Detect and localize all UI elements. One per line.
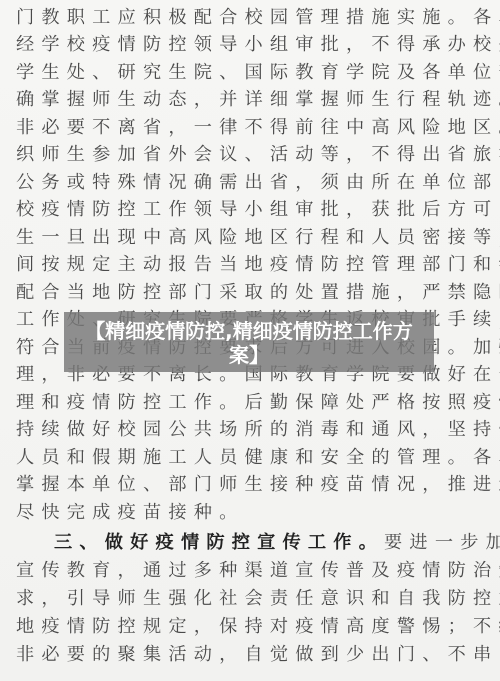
document-line: 地疫情防控规定，保持对疫情高度警惕；不组织、不参与: [16, 614, 486, 640]
document-line: 非必要不离省，一律不得前往中高风险地区。学校暂停组: [16, 115, 486, 141]
section-3-line: 三、做好疫情防控宣传工作。要进一步加强疫情防控: [54, 530, 494, 556]
document-line: 公务或特殊情况确需出省，须由所在单位部门负责人报学: [16, 170, 486, 196]
document-line: 织师生参加省外会议、活动等，不得出省旅游。如个人因: [16, 142, 486, 168]
document-line: 生一旦出现中高风险地区行程和人员密接等，必须第一时: [16, 225, 486, 251]
document-line: 确掌握师生动态，并详细掌握师生行程轨迹。在长教职工: [16, 87, 486, 113]
document-line: 理和疫情防控工作。后勤保障处严格按照疫情防控要求，: [16, 390, 486, 416]
section-3-heading: 三、做好疫情防控宣传工作。: [54, 532, 384, 553]
document-line: 尽快完成疫苗接种。: [16, 500, 486, 526]
document-line: 求，引导师生强化社会责任意识和自我防控意识，遵守当: [16, 586, 486, 612]
document-line: 人员和假期施工人员健康和安全的管理。各单位、部门要: [16, 445, 486, 471]
document-line: 持续做好校园公共场所的消毒和通风，坚持做好临时用工: [16, 417, 486, 443]
document-line: 非必要的聚集活动，自觉做到少出门、不串门、不扎堆、: [16, 642, 486, 668]
document-line: 宣传教育，通过多种渠道宣传普及疫情防治知识和防控要: [16, 558, 486, 584]
document-line: 门教职工应积极配合校园管理措施实施。各单位、部门未: [16, 5, 486, 31]
document-line: 配合当地防控部门采取的处置措施，严禁隐瞒不报。学生: [16, 280, 486, 306]
document-line: 学生处、研究生院、国际教育学院及各单位部门要及时准: [16, 60, 486, 86]
document-line: 间按规定主动报告当地疫情防控管理部门和学校，并积极: [16, 252, 486, 278]
document-line: 掌握本单位、部门师生接种疫苗情况，推进适宜接种师生: [16, 472, 486, 498]
section-3-text: 要进一步加强疫情防控: [384, 532, 500, 553]
document-line: 经学校疫情防控领导小组审批，不得承办校外会议或活动。: [16, 32, 486, 58]
title-overlay-banner[interactable]: 【精细疫情防控,精细疫情防控工作方案】: [64, 312, 434, 372]
overlay-title: 【精细疫情防控,精细疫情防控工作方案】: [85, 319, 413, 367]
document-line: 校疫情防控工作领导小组审批，获批后方可出行。学校师: [16, 197, 486, 223]
